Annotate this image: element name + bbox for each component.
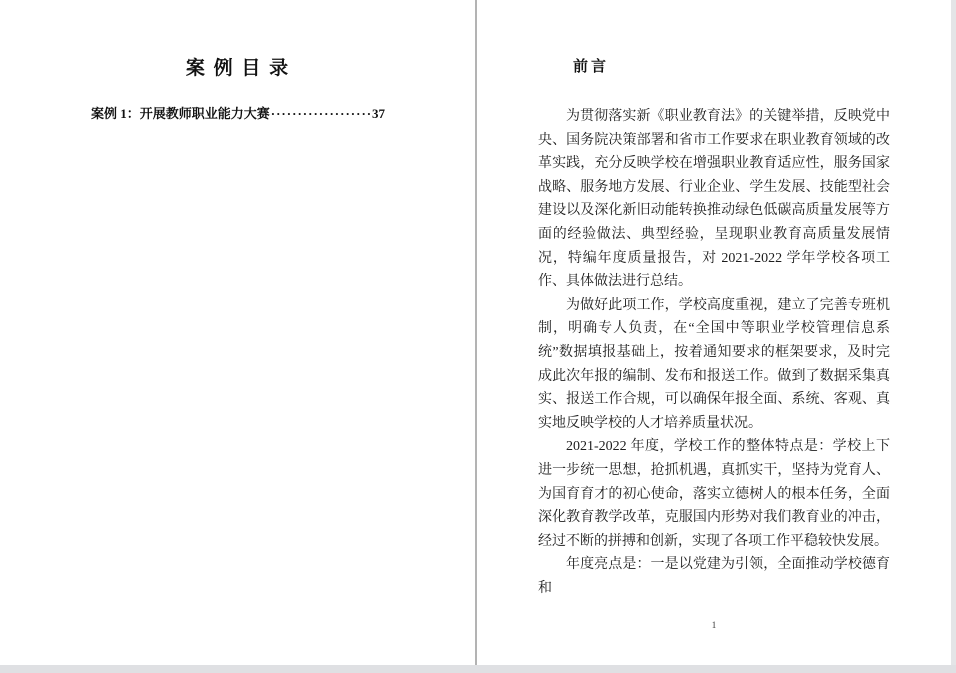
toc-page-title: 案 例 目 录 <box>0 53 476 80</box>
preface-paragraph-1: 为贯彻落实新《职业教育法》的关键举措，反映党中央、国务院决策部署和省市工作要求在… <box>538 105 890 294</box>
toc-entry-page: 37 <box>372 105 385 122</box>
preface-paragraph-4: 年度亮点是：一是以党建为引领，全面推动学校德育和 <box>538 553 890 600</box>
toc-page: 案 例 目 录 案例 1：开展教师职业能力大赛 ················… <box>0 0 476 666</box>
toc-entry[interactable]: 案例 1：开展教师职业能力大赛 ························… <box>91 105 385 122</box>
toc-list: 案例 1：开展教师职业能力大赛 ························… <box>91 105 385 122</box>
preface-paragraph-2: 为做好此项工作，学校高度重视，建立了完善专班机制，明确专人负责，在“全国中等职业… <box>538 294 890 436</box>
bottom-edge-bar <box>0 665 956 673</box>
document-viewer: 案 例 目 录 案例 1：开展教师职业能力大赛 ················… <box>0 0 956 673</box>
preface-heading: 前言 <box>573 55 609 76</box>
preface-paragraph-3: 2021-2022 年度，学校工作的整体特点是：学校上下进一步统一思想，抢抓机遇… <box>538 435 890 553</box>
preface-body: 为贯彻落实新《职业教育法》的关键举措，反映党中央、国务院决策部署和省市工作要求在… <box>538 105 890 600</box>
toc-leader-dots: ········································… <box>271 105 371 122</box>
right-edge-scrollbar[interactable] <box>951 0 956 673</box>
preface-page: 前言 为贯彻落实新《职业教育法》的关键举措，反映党中央、国务院决策部署和省市工作… <box>477 0 952 666</box>
page-number: 1 <box>538 620 890 630</box>
toc-entry-label: 案例 1：开展教师职业能力大赛 <box>91 105 270 122</box>
